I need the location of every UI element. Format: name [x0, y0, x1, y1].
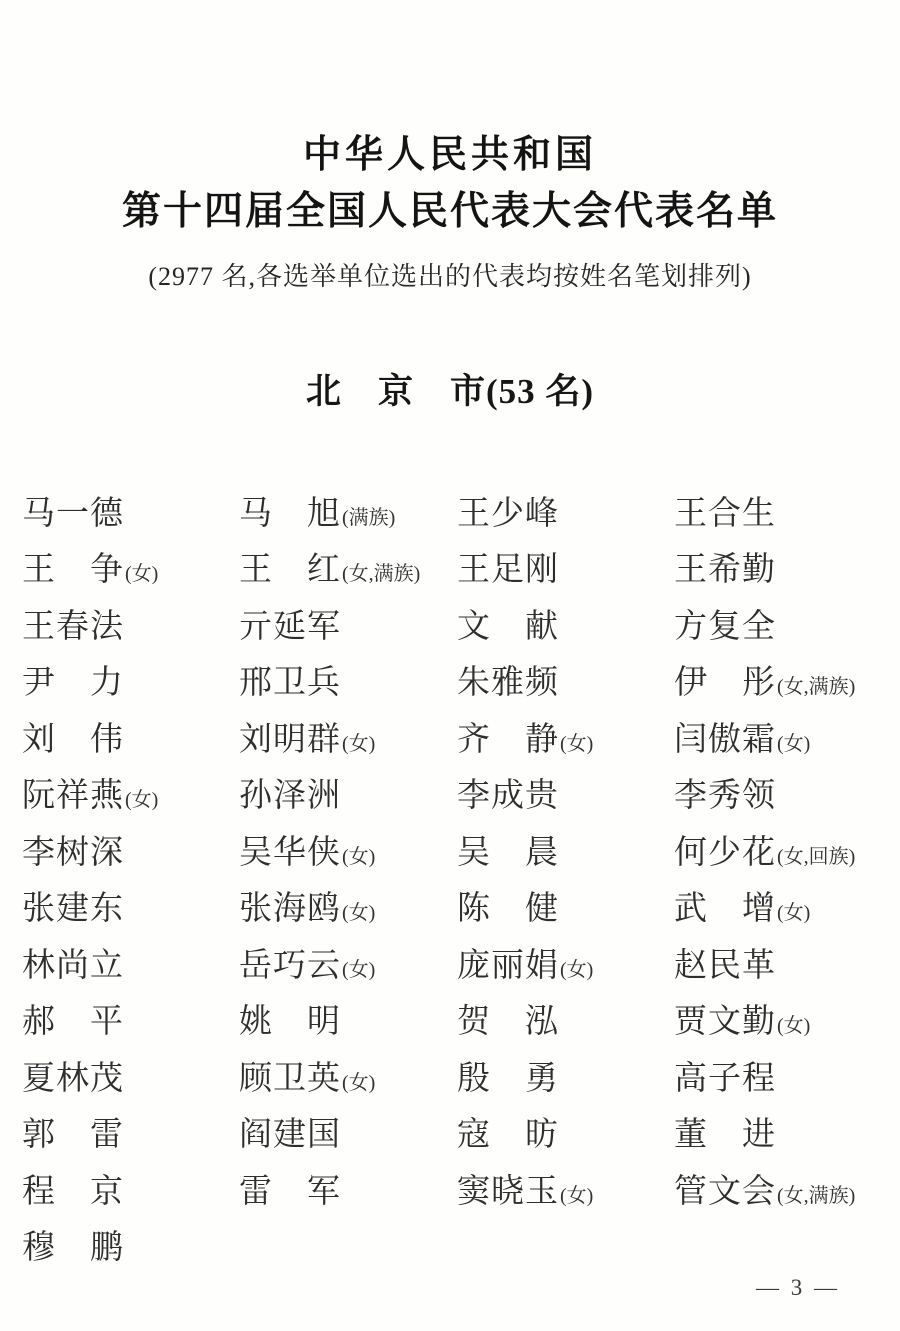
delegate-entry: 刘明群(女) [239, 724, 457, 757]
delegate-name: 张海鸥 [239, 891, 341, 927]
delegate-name: 王合生 [674, 496, 776, 532]
delegate-name: 岳巧云 [239, 948, 341, 984]
delegate-name: 赵民革 [674, 948, 776, 984]
delegate-name: 郝 平 [22, 1004, 124, 1040]
delegate-entry: 王少峰 [457, 498, 674, 531]
delegate-row: 刘 伟刘明群(女)齐 静(女)闫傲霜(女) [22, 712, 882, 769]
delegate-entry: 殷 勇 [457, 1063, 674, 1096]
delegate-entry: 王足刚 [457, 554, 674, 587]
delegate-row: 尹 力邢卫兵朱雅频伊 彤(女,满族) [22, 656, 882, 713]
delegate-entry: 庞丽娟(女) [457, 950, 674, 983]
delegate-entry: 阮祥燕(女) [22, 780, 239, 813]
delegate-name: 夏林茂 [22, 1061, 124, 1097]
page-number: — 3 — [756, 1276, 840, 1299]
delegate-row: 夏林茂顾卫英(女)殷 勇高子程 [22, 1051, 882, 1108]
delegate-entry: 吴华侠(女) [239, 837, 457, 870]
delegate-entry: 岳巧云(女) [239, 950, 457, 983]
delegate-row: 程 京雷 军窦晓玉(女)管文会(女,满族) [22, 1164, 882, 1221]
delegate-entry: 闫傲霜(女) [674, 724, 882, 757]
delegate-name: 姚 明 [239, 1004, 341, 1040]
delegate-entry: 窦晓玉(女) [457, 1176, 674, 1209]
delegate-row: 王 争(女)王 红(女,满族)王足刚王希勤 [22, 543, 882, 600]
delegate-row: 郭 雷阎建国寇 昉董 进 [22, 1108, 882, 1165]
delegate-entry: 张建东 [22, 893, 239, 926]
delegate-entry: 郝 平 [22, 1006, 239, 1039]
delegate-entry: 王希勤 [674, 554, 882, 587]
delegate-entry: 雷 军 [239, 1176, 457, 1209]
delegate-entry: 朱雅频 [457, 667, 674, 700]
delegate-name: 刘明群 [239, 722, 341, 758]
delegate-name: 程 京 [22, 1174, 124, 1210]
delegate-entry: 李树深 [22, 837, 239, 870]
delegate-name: 李成贵 [457, 778, 559, 814]
delegate-note: (女) [560, 733, 593, 755]
delegate-name: 刘 伟 [22, 722, 124, 758]
delegate-note: (女,满族) [777, 676, 855, 698]
delegate-name: 孙泽洲 [239, 778, 341, 814]
delegate-name: 李树深 [22, 835, 124, 871]
delegate-entry: 李成贵 [457, 780, 674, 813]
delegate-entry: 王 红(女,满族) [239, 554, 457, 587]
delegate-name: 穆 鹏 [22, 1230, 124, 1266]
delegate-name: 顾卫英 [239, 1061, 341, 1097]
delegate-entry: 寇 昉 [457, 1119, 674, 1152]
document-title-line2: 第十四届全国人民代表大会代表名单 [0, 192, 900, 231]
delegate-name: 武 增 [674, 891, 776, 927]
delegate-name: 李秀领 [674, 778, 776, 814]
delegate-name: 尹 力 [22, 665, 124, 701]
delegate-entry: 陈 健 [457, 893, 674, 926]
delegate-entry: 齐 静(女) [457, 724, 674, 757]
delegate-row: 李树深吴华侠(女)吴 晨何少花(女,回族) [22, 825, 882, 882]
delegate-name: 王足刚 [457, 552, 559, 588]
delegate-name: 林尚立 [22, 948, 124, 984]
delegate-entry: 尹 力 [22, 667, 239, 700]
delegate-entry: 吴 晨 [457, 837, 674, 870]
delegate-entry: 郭 雷 [22, 1119, 239, 1152]
delegate-note: (女) [560, 1185, 593, 1207]
delegate-name: 寇 昉 [457, 1117, 559, 1153]
delegate-row: 马一德马 旭(满族)王少峰王合生 [22, 486, 882, 543]
delegate-entry: 王合生 [674, 498, 882, 531]
delegate-name: 方复全 [674, 609, 776, 645]
delegate-note: (女) [777, 902, 810, 924]
delegate-name: 庞丽娟 [457, 948, 559, 984]
delegate-name: 雷 军 [239, 1174, 341, 1210]
delegate-name: 邢卫兵 [239, 665, 341, 701]
delegate-entry: 邢卫兵 [239, 667, 457, 700]
delegate-row: 阮祥燕(女)孙泽洲李成贵李秀领 [22, 769, 882, 826]
delegate-name: 窦晓玉 [457, 1174, 559, 1210]
delegate-entry: 马 旭(满族) [239, 498, 457, 531]
delegate-entry: 文 献 [457, 611, 674, 644]
delegate-note: (女,满族) [777, 1185, 855, 1207]
delegate-name: 郭 雷 [22, 1117, 124, 1153]
delegate-name: 阮祥燕 [22, 778, 124, 814]
delegate-entry: 贺 泓 [457, 1006, 674, 1039]
delegate-entry: 方复全 [674, 611, 882, 644]
delegate-name: 伊 彤 [674, 665, 776, 701]
delegate-name: 亓延军 [239, 609, 341, 645]
delegate-note: (女) [777, 1015, 810, 1037]
delegate-note: (女) [125, 789, 158, 811]
delegate-entry: 贾文勤(女) [674, 1006, 882, 1039]
delegate-entry: 赵民革 [674, 950, 882, 983]
delegate-entry: 何少花(女,回族) [674, 837, 882, 870]
delegate-entry: 亓延军 [239, 611, 457, 644]
delegate-note: (女) [125, 563, 158, 585]
delegate-name: 文 献 [457, 609, 559, 645]
delegate-entry: 林尚立 [22, 950, 239, 983]
section-heading-beijing: 北 京 市(53 名) [0, 374, 900, 409]
delegate-name: 朱雅频 [457, 665, 559, 701]
delegate-note: (女) [342, 846, 375, 868]
delegate-entry: 李秀领 [674, 780, 882, 813]
delegate-name: 王希勤 [674, 552, 776, 588]
delegate-name: 王 争 [22, 552, 124, 588]
delegate-name: 王 红 [239, 552, 341, 588]
delegate-entry: 姚 明 [239, 1006, 457, 1039]
delegate-note: (女,回族) [777, 846, 855, 868]
delegate-name: 贺 泓 [457, 1004, 559, 1040]
delegate-note: (女) [342, 902, 375, 924]
delegate-name: 殷 勇 [457, 1061, 559, 1097]
delegate-entry: 顾卫英(女) [239, 1063, 457, 1096]
delegate-name: 高子程 [674, 1061, 776, 1097]
delegate-entry: 马一德 [22, 498, 239, 531]
delegate-name: 贾文勤 [674, 1004, 776, 1040]
delegate-entry: 刘 伟 [22, 724, 239, 757]
delegate-entry: 穆 鹏 [22, 1232, 239, 1265]
delegate-name: 吴 晨 [457, 835, 559, 871]
delegate-name: 王少峰 [457, 496, 559, 532]
delegate-entry: 张海鸥(女) [239, 893, 457, 926]
delegate-list: 马一德马 旭(满族)王少峰王合生王 争(女)王 红(女,满族)王足刚王希勤王春法… [22, 486, 882, 1277]
delegate-name: 董 进 [674, 1117, 776, 1153]
delegate-entry: 夏林茂 [22, 1063, 239, 1096]
delegate-note: (满族) [342, 507, 395, 529]
delegate-name: 吴华侠 [239, 835, 341, 871]
delegate-name: 马 旭 [239, 496, 341, 532]
delegate-entry: 王春法 [22, 611, 239, 644]
delegate-name: 齐 静 [457, 722, 559, 758]
delegate-entry: 管文会(女,满族) [674, 1176, 882, 1209]
delegate-entry: 程 京 [22, 1176, 239, 1209]
delegate-name: 闫傲霜 [674, 722, 776, 758]
delegate-note: (女) [560, 959, 593, 981]
delegate-row: 林尚立岳巧云(女)庞丽娟(女)赵民革 [22, 938, 882, 995]
delegate-row: 穆 鹏 [22, 1221, 882, 1278]
delegate-note: (女,满族) [342, 563, 420, 585]
delegate-name: 王春法 [22, 609, 124, 645]
delegate-row: 王春法亓延军文 献方复全 [22, 599, 882, 656]
document-title-line1: 中华人民共和国 [0, 136, 900, 174]
document-page: 中华人民共和国 第十四届全国人民代表大会代表名单 (2977 名,各选举单位选出… [0, 0, 900, 1331]
delegate-note: (女) [342, 1072, 375, 1094]
delegate-name: 马一德 [22, 496, 124, 532]
delegate-row: 郝 平姚 明贺 泓贾文勤(女) [22, 995, 882, 1052]
delegate-name: 张建东 [22, 891, 124, 927]
delegate-name: 陈 健 [457, 891, 559, 927]
delegate-entry: 孙泽洲 [239, 780, 457, 813]
delegate-entry: 阎建国 [239, 1119, 457, 1152]
delegate-note: (女) [777, 733, 810, 755]
delegate-entry: 王 争(女) [22, 554, 239, 587]
delegate-entry: 武 增(女) [674, 893, 882, 926]
document-subtitle: (2977 名,各选举单位选出的代表均按姓名笔划排列) [0, 264, 900, 290]
delegate-entry: 高子程 [674, 1063, 882, 1096]
delegate-row: 张建东张海鸥(女)陈 健武 增(女) [22, 882, 882, 939]
delegate-name: 管文会 [674, 1174, 776, 1210]
delegate-note: (女) [342, 959, 375, 981]
delegate-note: (女) [342, 733, 375, 755]
delegate-name: 阎建国 [239, 1117, 341, 1153]
delegate-entry: 董 进 [674, 1119, 882, 1152]
delegate-entry: 伊 彤(女,满族) [674, 667, 882, 700]
delegate-name: 何少花 [674, 835, 776, 871]
